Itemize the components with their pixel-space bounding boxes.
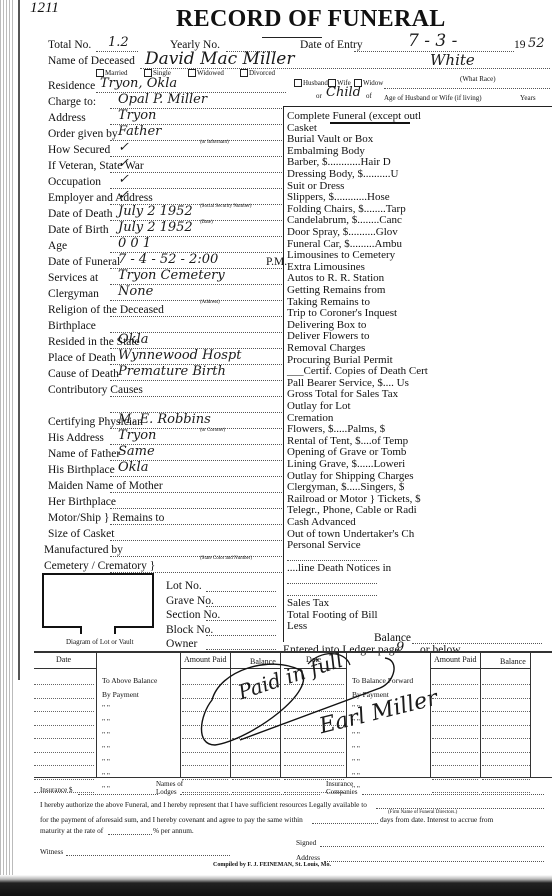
- witness-label: Witness: [40, 847, 63, 856]
- marital-divorced[interactable]: Divorced: [240, 69, 275, 77]
- firm-name-field[interactable]: [376, 808, 544, 809]
- lot-box-base-left: [42, 626, 82, 628]
- field-line[interactable]: [110, 156, 282, 157]
- field-label: Name of Father: [48, 448, 120, 460]
- signed-label: Signed: [296, 838, 316, 847]
- days-field[interactable]: [312, 823, 378, 824]
- charge-item: ....line Death Notices in: [287, 562, 391, 574]
- charge-item: Removal Charges: [287, 342, 365, 354]
- ledger-top-rule: [34, 651, 552, 653]
- marital-widowed[interactable]: Widowed: [188, 69, 224, 77]
- payment-text: for the payment of aforesaid sum, and I …: [40, 815, 303, 824]
- field-label: Her Birthplace: [48, 496, 116, 508]
- field-value[interactable]: Okla: [118, 332, 148, 347]
- field-label: Cause of Death: [48, 368, 119, 380]
- ledger-date-cell[interactable]: [34, 698, 94, 699]
- residence-value[interactable]: Tryon, Okla: [100, 76, 177, 91]
- charge-item: Rental of Tent, $....of Temp: [287, 435, 408, 447]
- charge-item: Folding Chairs, $........Tarp: [287, 203, 406, 215]
- ledger-header-rule: [180, 668, 280, 669]
- field-value[interactable]: Same: [118, 444, 155, 459]
- field-line[interactable]: [110, 540, 282, 541]
- field-note: (Date): [200, 220, 213, 225]
- scan-edge: [0, 875, 552, 896]
- ledger-row-label: To Balance Forward: [352, 676, 413, 685]
- ledger-amount-cell[interactable]: [432, 698, 478, 699]
- ledger-row-label: By Payment: [102, 690, 139, 699]
- field-line[interactable]: [110, 524, 282, 525]
- charge-item: Burial Vault or Box: [287, 133, 373, 145]
- field-value[interactable]: Father: [118, 124, 161, 139]
- charge-item: Limousines to Cemetery: [287, 249, 395, 261]
- ledger-balance-cell[interactable]: [482, 792, 530, 793]
- ledger-amount-cell[interactable]: [432, 752, 478, 753]
- field-label: Contributory Causes: [48, 384, 143, 396]
- ledger-amount-cell[interactable]: [432, 725, 478, 726]
- field-value[interactable]: Okla: [118, 460, 148, 475]
- charge-item: Personal Service: [287, 539, 361, 551]
- field-label: Place of Death: [48, 352, 116, 364]
- ledger-column-rule: [230, 652, 231, 777]
- total-no-label: Total No.: [48, 39, 91, 51]
- field-label: Date of Death: [48, 208, 113, 220]
- relation-or: or: [316, 92, 322, 100]
- ledger-balance-cell[interactable]: [482, 752, 530, 753]
- ledger-date-cell[interactable]: [34, 779, 94, 780]
- ledger-row-label: By Payment: [352, 690, 389, 699]
- charge-item: Cash Advanced: [287, 516, 356, 528]
- ledger-date-cell[interactable]: [34, 725, 94, 726]
- lot-box-leg-left: [80, 626, 82, 634]
- field-line[interactable]: [110, 188, 282, 189]
- field-value[interactable]: Tryon: [118, 108, 156, 123]
- years-label: Years: [520, 94, 536, 102]
- widowed-label: Widowed: [197, 69, 224, 77]
- lot-box-base-right: [114, 626, 152, 628]
- field-label: Maiden Name of Mother: [48, 480, 163, 492]
- ledger-row-label: " ": [102, 730, 110, 739]
- document-title: RECORD OF FUNERAL: [176, 6, 446, 33]
- charge-item: Cremation: [287, 412, 333, 424]
- days-text: days from date. Interest to accrue from: [380, 815, 493, 824]
- ledger-date-cell[interactable]: [34, 684, 94, 685]
- ledger-row-label: " ": [352, 744, 360, 753]
- ledger-balance-cell[interactable]: [232, 711, 280, 712]
- ledger-row-label: " ": [102, 771, 110, 780]
- lot-field-line[interactable]: [206, 649, 276, 650]
- field-value[interactable]: ✓: [118, 172, 129, 187]
- charge-item: Funeral Car, $.........Ambu: [287, 238, 402, 250]
- field-label: Employer and Address: [48, 192, 153, 204]
- ledger-amount-cell[interactable]: [182, 725, 228, 726]
- checkbox[interactable]: [188, 69, 196, 77]
- charge-item: Clergyman, $.....Singers, $: [287, 481, 404, 493]
- field-label: Occupation: [48, 176, 101, 188]
- field-label: If Veteran, State War: [48, 160, 144, 172]
- maturity-text: maturity at the rate of: [40, 826, 103, 835]
- field-value[interactable]: 7 - 4 - 52 - 2:00: [118, 252, 218, 267]
- field-label: Date of Birth: [48, 224, 109, 236]
- ledger-balance-cell[interactable]: [482, 738, 530, 739]
- ledger-date-cell[interactable]: [284, 698, 344, 699]
- charge-item: Dressing Body, $..........U: [287, 168, 398, 180]
- field-value[interactable]: ✓: [118, 188, 129, 203]
- field-line[interactable]: [110, 508, 282, 509]
- ledger-balance-cell[interactable]: [232, 792, 280, 793]
- ledger-amount-cell[interactable]: [432, 792, 478, 793]
- ledger-balance-cell[interactable]: [482, 779, 530, 780]
- ledger-row-label: " ": [352, 771, 360, 780]
- relation-value[interactable]: Child: [326, 85, 361, 100]
- title-underline: [262, 37, 322, 38]
- charge-item: Pall Bearer Service, $.... Us: [287, 377, 409, 389]
- field-label: Manufactured by: [44, 544, 123, 556]
- signed-field[interactable]: [320, 846, 544, 847]
- ledger-balance-cell[interactable]: [232, 765, 280, 766]
- field-line[interactable]: [110, 380, 282, 381]
- field-label: His Address: [48, 432, 104, 444]
- charge-item: Slippers, $............Hose: [287, 191, 390, 203]
- deceased-name-value[interactable]: David Mac Miller: [145, 49, 294, 69]
- field-value[interactable]: July 2 1952: [118, 204, 193, 219]
- rate-field[interactable]: [108, 834, 152, 835]
- field-value[interactable]: M. E. Robbins: [118, 412, 211, 427]
- field-note: (or Coroner): [200, 428, 225, 433]
- ledger-balance-cell[interactable]: [232, 752, 280, 753]
- field-value[interactable]: Wynnewood Hospt: [118, 348, 241, 363]
- total-no-line: [96, 51, 138, 52]
- field-label: Clergyman: [48, 288, 99, 300]
- charge-item: Barber, $............Hair D: [287, 156, 391, 168]
- ledger-amount-cell[interactable]: [182, 711, 228, 712]
- ledger-amount-cell[interactable]: [432, 684, 478, 685]
- charge-line[interactable]: [287, 595, 377, 596]
- race-value[interactable]: White: [430, 51, 475, 69]
- ledger-column-rule: [180, 652, 181, 777]
- ledger-date-cell[interactable]: [34, 711, 94, 712]
- field-label: Religion of the Deceased: [48, 304, 164, 316]
- lot-field-line[interactable]: [206, 606, 276, 607]
- balance-label: Balance: [374, 632, 411, 644]
- charge-item: Casket: [287, 122, 317, 134]
- charge-item: Door Spray, $..........Glov: [287, 226, 398, 238]
- ledger-row-label: " ": [102, 784, 110, 793]
- ledger-date-cell[interactable]: [34, 765, 94, 766]
- field-label: Services at: [48, 272, 98, 284]
- percent-text: % per annum.: [153, 826, 194, 835]
- ledger-column-rule: [96, 652, 97, 777]
- ledger-balance-cell[interactable]: [482, 684, 530, 685]
- charge-item: Railroad or Motor } Tickets, $: [287, 493, 421, 505]
- divorced-label: Divorced: [249, 69, 275, 77]
- authorize-text: I hereby authorize the above Funeral, an…: [40, 800, 367, 809]
- lot-field-line[interactable]: [206, 620, 276, 621]
- binding-rule: [18, 0, 20, 680]
- ledger-date-cell[interactable]: [34, 752, 94, 753]
- ledger-amount-cell[interactable]: [432, 711, 478, 712]
- ledger-balance-cell[interactable]: [482, 711, 530, 712]
- ledger-balance-cell[interactable]: [482, 698, 530, 699]
- ledger-balance-cell[interactable]: [482, 765, 530, 766]
- field-line[interactable]: [110, 172, 282, 173]
- field-line[interactable]: [110, 476, 282, 477]
- checkbox[interactable]: [240, 69, 248, 77]
- charge-item: Trip to Coroner's Inquest: [287, 307, 397, 319]
- ledger-row-label: " ": [102, 717, 110, 726]
- charge-item: Flowers, $.....Palms, $: [287, 423, 385, 435]
- checkbox[interactable]: [294, 79, 302, 87]
- total-no-value[interactable]: 1.2: [108, 35, 129, 50]
- charge-item: Getting Remains from: [287, 284, 385, 296]
- field-value[interactable]: Tryon Cemetery: [118, 268, 225, 283]
- charge-item: Complete Funeral (except outl: [287, 110, 421, 122]
- relation-of: of: [366, 92, 372, 100]
- charge-item: Less: [287, 620, 307, 632]
- charge-item: Procuring Burial Permit: [287, 354, 393, 366]
- ledger-date-cell[interactable]: [34, 738, 94, 739]
- ledger-row-label: " ": [102, 757, 110, 766]
- field-line[interactable]: [110, 316, 282, 317]
- field-label: How Secured: [48, 144, 110, 156]
- witness-field[interactable]: [66, 855, 230, 856]
- ledger-amount-cell[interactable]: [182, 765, 228, 766]
- charge-item: Delivering Box to: [287, 319, 366, 331]
- charge-item: Outlay for Lot: [287, 400, 351, 412]
- field-label: Cemetery / Crematory }: [44, 560, 155, 572]
- deceased-name-label: Name of Deceased: [48, 55, 135, 67]
- date-of-entry-label: Date of Entry: [300, 39, 363, 51]
- charge-item: Telegr., Phone, Cable or Radi: [287, 504, 417, 516]
- field-value[interactable]: ✓: [118, 156, 129, 171]
- field-line[interactable]: [110, 556, 282, 557]
- lot-diagram-label: Diagram of Lot or Vault: [66, 638, 134, 646]
- field-label: Motor/Ship } Remains to: [48, 512, 164, 524]
- ledger-date-cell[interactable]: [284, 752, 344, 753]
- charge-item: Candelabrum, $........Canc: [287, 214, 402, 226]
- charge-item: Lining Grave, $......Loweri: [287, 458, 405, 470]
- race-note: (What Race): [460, 75, 496, 83]
- lot-field-label: Owner: [166, 638, 197, 650]
- insurance-field[interactable]: [78, 794, 158, 795]
- field-value[interactable]: Opal P. Miller: [118, 92, 207, 107]
- charge-line[interactable]: [287, 583, 377, 584]
- field-label: Order given by: [48, 128, 118, 140]
- field-label: Age: [48, 240, 67, 252]
- field-line[interactable]: [110, 300, 282, 301]
- field-note: (Address): [200, 300, 220, 305]
- date-of-entry-value[interactable]: 7 - 3 -: [408, 31, 457, 51]
- lot-box-leg-right: [114, 626, 116, 634]
- ledger-amount-cell[interactable]: [432, 779, 478, 780]
- ledger-amount-cell[interactable]: [182, 752, 228, 753]
- year-value[interactable]: 52: [528, 36, 545, 51]
- charge-item: Opening of Grave or Tomb: [287, 446, 406, 458]
- charge-item: Autos to R. R. Station: [287, 272, 384, 284]
- ledger-row-label: " ": [102, 703, 110, 712]
- companies-field[interactable]: [362, 794, 544, 795]
- field-line[interactable]: [110, 492, 282, 493]
- ledger-header-rule: [34, 668, 96, 669]
- year-prefix: 19: [514, 39, 526, 51]
- field-note: (State Color and Number): [200, 556, 252, 561]
- lodges-field[interactable]: [180, 794, 320, 795]
- field-value[interactable]: 0 0 1: [118, 236, 151, 251]
- address-field[interactable]: [324, 861, 544, 862]
- ledger-amount-cell[interactable]: [182, 779, 228, 780]
- field-value[interactable]: Tryon: [118, 428, 156, 443]
- field-label: Charge to:: [48, 96, 96, 108]
- charge-item: Suit or Dress: [287, 180, 344, 192]
- ledger-amount-cell[interactable]: [182, 738, 228, 739]
- lot-field-label: Lot No.: [166, 580, 202, 592]
- binding-edge: [0, 0, 14, 880]
- charge-item: Extra Limousines: [287, 261, 365, 273]
- charge-item: Embalming Body: [287, 145, 365, 157]
- field-note: (or Informant): [200, 140, 229, 145]
- charge-item: Outlay for Shipping Charges: [287, 470, 414, 482]
- address-label: Address: [296, 853, 320, 862]
- charge-item: Total Footing of Bill: [287, 609, 378, 621]
- ledger-header-amount: Amount Paid: [184, 655, 226, 664]
- field-label: His Birthplace: [48, 464, 115, 476]
- ledger-row-label: " ": [102, 744, 110, 753]
- charge-item: Taking Remains to: [287, 296, 370, 308]
- ledger-column-rule: [480, 652, 481, 777]
- ledger-balance-cell[interactable]: [232, 779, 280, 780]
- complete-funeral-underline: [330, 122, 410, 124]
- field-label: Address: [48, 112, 86, 124]
- ledger-row-label: " ": [352, 757, 360, 766]
- field-value[interactable]: July 2 1952: [118, 220, 193, 235]
- lot-field-line[interactable]: [206, 635, 276, 636]
- ledger-header-amount: Amount Paid: [434, 655, 476, 664]
- insurance-label: Insurance $: [40, 786, 72, 794]
- field-value[interactable]: Premature Birth: [118, 364, 226, 379]
- compiled-by: Compiled by F. J. FEINEMAN, St. Louis, M…: [213, 862, 331, 868]
- field-label: Size of Casket: [48, 528, 114, 540]
- ledger-header-date: Date: [56, 655, 71, 664]
- ledger-balance-cell[interactable]: [482, 725, 530, 726]
- field-line[interactable]: [110, 140, 282, 141]
- field-label: Birthplace: [48, 320, 96, 332]
- residence-label: Residence: [48, 80, 95, 92]
- ledger-amount-cell[interactable]: [182, 684, 228, 685]
- lot-diagram-box: [42, 573, 154, 628]
- ledger-date-cell[interactable]: [284, 765, 344, 766]
- ledger-header-rule: [430, 668, 530, 669]
- ledger-column-rule: [530, 652, 531, 777]
- husband-label: Husband: [303, 79, 328, 87]
- page-number: 1211: [30, 0, 59, 17]
- field-label: Date of Funeral: [48, 256, 120, 268]
- widow-label: Widow: [363, 79, 383, 87]
- charge-line[interactable]: [287, 560, 377, 561]
- ledger-amount-cell[interactable]: [182, 698, 228, 699]
- ledger-header-balance: Balance: [500, 657, 526, 666]
- charge-item: Deliver Flowers to: [287, 330, 369, 342]
- lot-field-line[interactable]: [206, 591, 276, 592]
- ledger-amount-cell[interactable]: [432, 765, 478, 766]
- field-value[interactable]: ✓: [118, 140, 129, 155]
- charge-item: Out of town Undertaker's Ch: [287, 528, 414, 540]
- ledger-balance-cell[interactable]: [232, 725, 280, 726]
- ledger-amount-cell[interactable]: [182, 792, 228, 793]
- charge-item: Sales Tax: [287, 597, 329, 609]
- ledger-label: Entered into Ledger page: [283, 644, 400, 656]
- relation-husband[interactable]: Husband: [294, 79, 328, 87]
- ledger-header-balance: Balance: [250, 657, 276, 666]
- age-spouse-label: Age of Husband or Wife (if living): [384, 94, 482, 102]
- field-value[interactable]: None: [118, 284, 153, 299]
- charge-item: ___Certif. Copies of Death Cert: [287, 365, 428, 377]
- ledger-column-rule: [430, 652, 431, 777]
- ledger-bottom-rule: [34, 777, 552, 778]
- field-note: (Social Security Number): [200, 204, 251, 209]
- ledger-row-label: To Above Balance: [102, 676, 157, 685]
- relation-line: [384, 88, 550, 89]
- ledger-date-cell[interactable]: [284, 738, 344, 739]
- ledger-amount-cell[interactable]: [432, 738, 478, 739]
- field-line[interactable]: [110, 396, 282, 397]
- ledger-balance-cell[interactable]: [232, 738, 280, 739]
- charge-item: Gross Total for Sales Tax: [287, 388, 398, 400]
- companies-label: Insurance Companies: [326, 780, 366, 796]
